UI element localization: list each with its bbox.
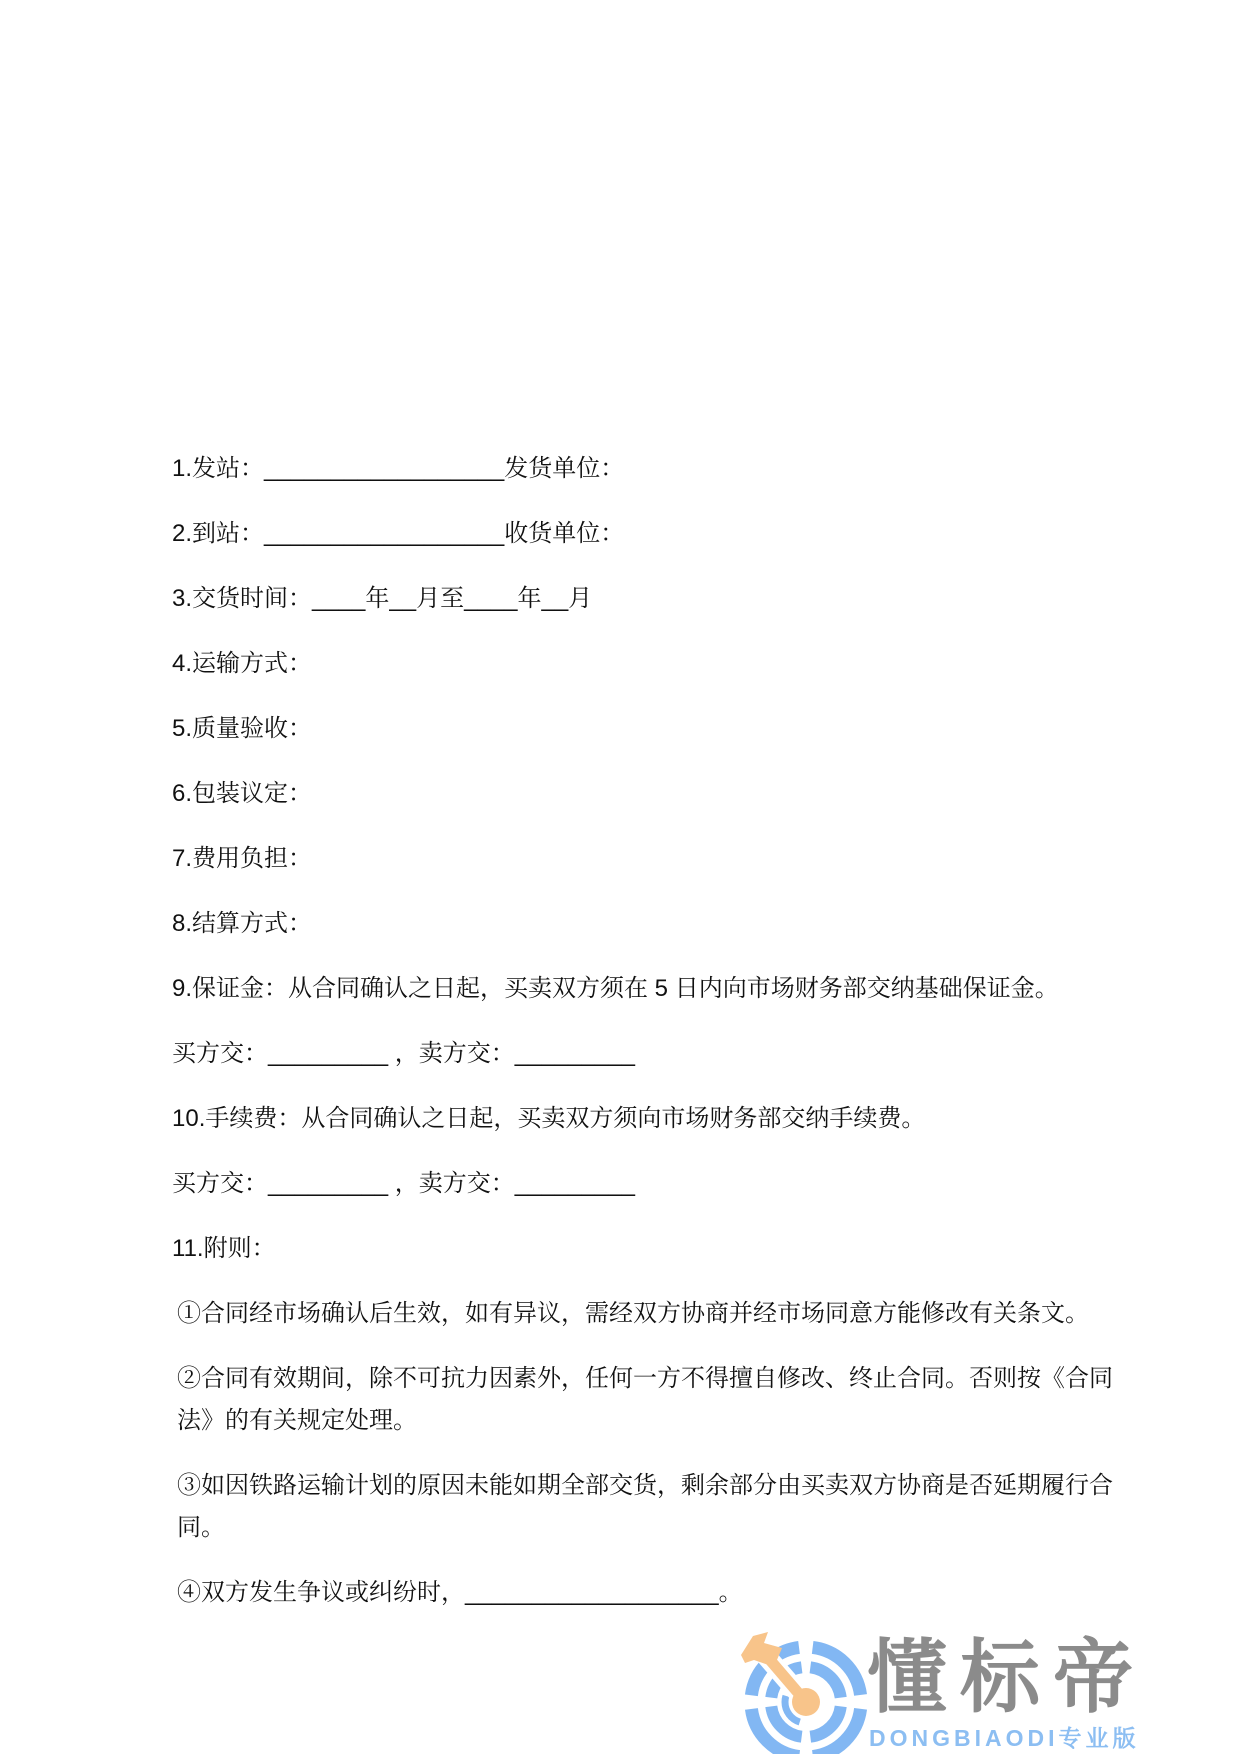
contract-body: 1.发站：__________________发货单位： 2.到站：______… [172,448,1120,1637]
contract-line-settlement-method: 8.结算方式： [172,903,1120,945]
contract-clause-4: ④双方发生争议或纠纷时，___________________。 [172,1572,1120,1614]
contract-line-service-fee: 10.手续费：从合同确认之日起，买卖双方须向市场财务部交纳手续费。 [172,1098,1120,1140]
watermark-brand-subtitle: DONGBIAODI专业版 [869,1726,1140,1750]
contract-line-deposit: 9.保证金：从合同确认之日起，买卖双方须在 5 日内向市场财务部交纳基础保证金。 [172,968,1120,1010]
contract-line-service-fee-amounts: 买方交：_________ ，卖方交：_________ [172,1163,1120,1205]
contract-line-packaging-agreement: 6.包装议定： [172,773,1120,815]
contract-clause-1: ①合同经市场确认后生效，如有异议，需经双方协商并经市场同意方能修改有关条文。 [172,1293,1120,1335]
contract-clause-3: ③如因铁路运输计划的原因未能如期全部交货，剩余部分由买卖双方协商是否延期履行合同… [172,1465,1120,1549]
contract-line-transport-method: 4.运输方式： [172,643,1120,685]
contract-line-quality-inspection: 5.质量验收： [172,708,1120,750]
contract-document-page: 1.发站：__________________发货单位： 2.到站：______… [0,0,1241,1754]
contract-line-arrival-station: 2.到站：__________________收货单位： [172,513,1120,555]
contract-line-departure-station: 1.发站：__________________发货单位： [172,448,1120,490]
watermark-brand-name: 懂标帝 [867,1636,1146,1720]
contract-clause-2: ②合同有效期间，除不可抗力因素外，任何一方不得擅自修改、终止合同。否则按《合同法… [172,1358,1120,1442]
dongbiaodi-watermark: 懂标帝 DONGBIAODI专业版 [732,1630,1152,1754]
contract-line-delivery-time: 3.交货时间：____年__月至____年__月 [172,578,1120,620]
contract-line-cost-responsibility: 7.费用负担： [172,838,1120,880]
contract-line-deposit-amounts: 买方交：_________ ，卖方交：_________ [172,1033,1120,1075]
contract-line-supplementary: 11.附则： [172,1228,1120,1270]
dartboard-target-icon [732,1630,868,1754]
